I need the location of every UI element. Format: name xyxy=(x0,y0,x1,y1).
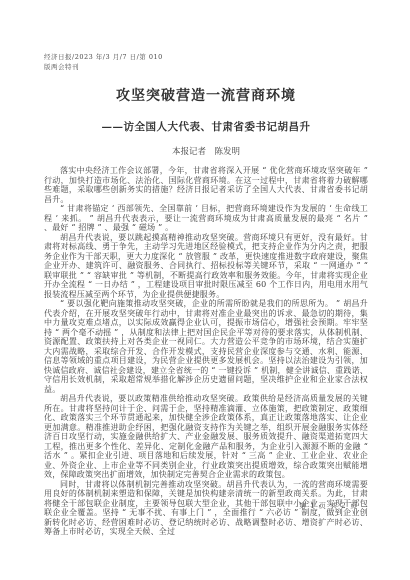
page-number-footer: 第 1 页 共 2 页 xyxy=(299,501,358,511)
body-paragraph: “ 要以强化靶向施策推动攻坚突破，企业的所需所盼就是我们的所思所为。 ” 胡昌升… xyxy=(44,299,368,394)
article-body: 落实中央经济工作会议部署，今年，甘肃省将深入开展 “ 优化营商环境攻坚突破年 ”… xyxy=(44,166,368,537)
article-title: 攻坚突破营造一流营商环境 xyxy=(44,85,368,105)
article-byline: 本报记者 陈发明 xyxy=(44,145,368,157)
document-content: 经济日报/2023 年/3 月/7 日/第 010 版两会特刊 攻坚突破营造一流… xyxy=(0,0,410,537)
document-page: 经济日报/2023 年/3 月/7 日/第 010 版两会特刊 攻坚突破营造一流… xyxy=(0,0,410,580)
body-paragraph: 胡昌升代表说，要以跳起摸高精神推动攻坚突破。营商环境只有更好，没有最好。甘肃将对… xyxy=(44,233,368,300)
publication-header: 经济日报/2023 年/3 月/7 日/第 010 版两会特刊 xyxy=(44,52,368,72)
body-paragraph: 胡昌升代表说，要以政策精准供给推动攻坚突破。政策供给是经济高质量发展的关键所在。… xyxy=(44,394,368,480)
publication-header-line2: 版两会特刊 xyxy=(44,62,368,72)
body-paragraph: 落实中央经济工作会议部署，今年，甘肃省将深入开展 “ 优化营商环境攻坚突破年 ”… xyxy=(44,166,368,204)
article-subtitle: ——访全国人大代表、甘肃省委书记胡昌升 xyxy=(44,119,368,134)
body-paragraph: “ 甘肃将锚定 ‘ 西部领先、全国靠前 ’ 目标，把营商环境建设作为发展的 ‘ … xyxy=(44,204,368,233)
publication-header-line1: 经济日报/2023 年/3 月/7 日/第 010 xyxy=(44,52,368,62)
